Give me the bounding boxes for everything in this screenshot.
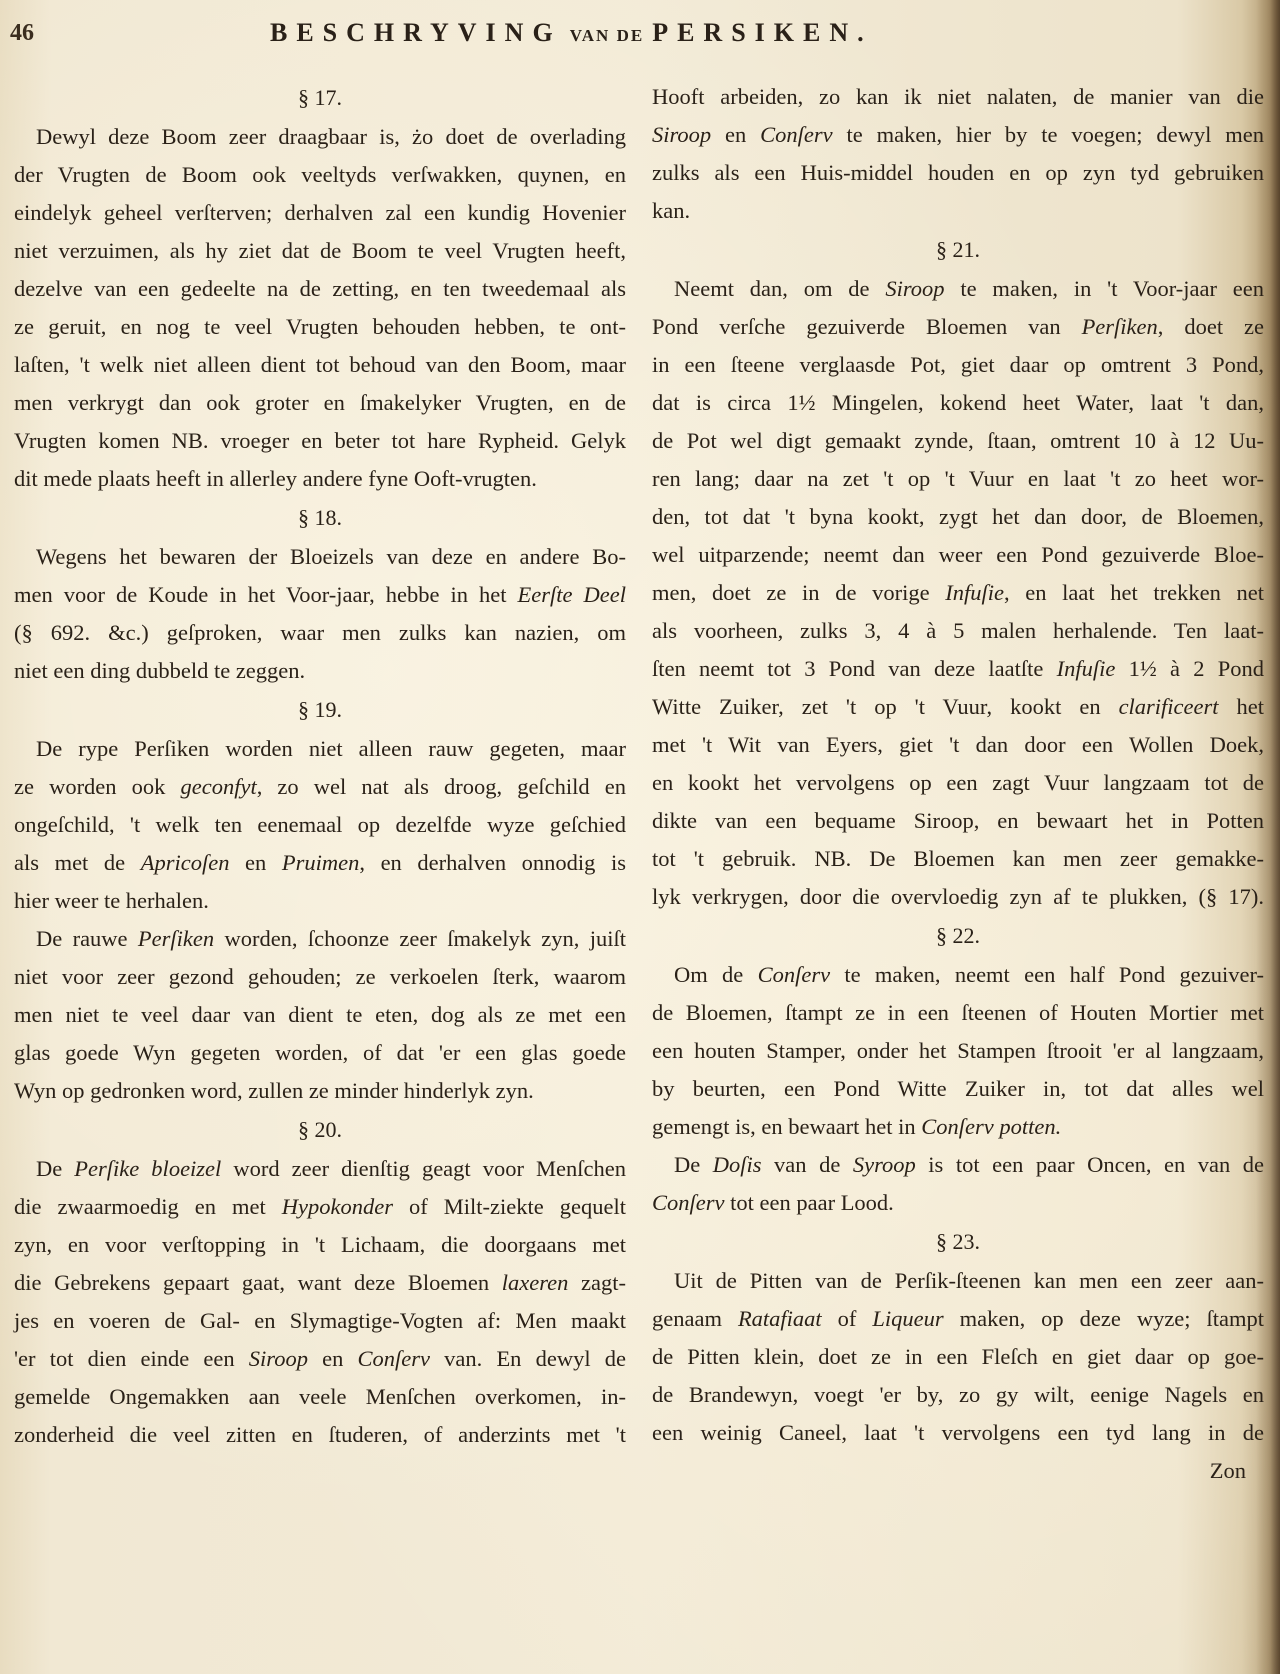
text-run: die zwaarmoedig en met (14, 1194, 282, 1219)
text-line: ze worden ook geconfyt, zo wel nat als d… (14, 768, 626, 806)
running-head: 46 BESCHRYVINGVAN DEPERSIKEN. (0, 16, 1280, 56)
text-run: te maken, in 't Voor-jaar een (945, 276, 1264, 301)
text-line: men voor de Koude in het Voor-jaar, hebb… (14, 576, 626, 614)
text-run: De (36, 1156, 74, 1181)
text-run: die Gebrekens gepaart gaat, want deze Bl… (14, 1270, 502, 1295)
italic-term: Syroop (853, 1152, 916, 1177)
italic-term: Perſike bloeizel (74, 1156, 221, 1181)
text-line: De rauwe Perſiken worden, ſchoonze zeer … (14, 920, 626, 958)
italic-term: Conſerv (758, 962, 831, 987)
text-line: De Doſis van de Syroop is tot een paar O… (652, 1146, 1264, 1184)
text-line: wel uitparzende; neemt dan weer een Pond… (652, 536, 1264, 574)
text-run: word zeer dienſtig geagt voor Menſchen (221, 1156, 626, 1181)
text-line: dikte van een bequame Siroop, en bewaart… (652, 802, 1264, 840)
text-line: Wegens het bewaren der Bloeizels van dez… (14, 538, 626, 576)
text-line: Neemt dan, om de Siroop te maken, in 't … (652, 270, 1264, 308)
text-line: ongeſchild, 't welk ten eenemaal op deze… (14, 806, 626, 844)
section-19-body: De rype Perſiken worden niet alleen rauw… (14, 730, 626, 1110)
text-line: de Bloemen, ſtampt ze in een ſteenen of … (652, 994, 1264, 1032)
text-run: worden, ſchoonze zeer ſmakelyk zyn, juiſ… (214, 926, 626, 951)
text-line: De Perſike bloeizel word zeer dienſtig g… (14, 1150, 626, 1188)
text-line: niet voor zeer gezond gehouden; ze verko… (14, 958, 626, 996)
text-line: der Vrugten de Boom ook veeltyds verſwak… (14, 156, 626, 194)
text-line: lyk verkrygen, door die overvloedig zyn … (652, 878, 1264, 916)
section-heading-19: § 19. (14, 690, 626, 730)
text-line: genaam Ratafiaat of Liqueur maken, op de… (652, 1300, 1264, 1338)
italic-term: Conſerv potten. (921, 1114, 1061, 1139)
text-line: Vrugten komen NB. vroeger en beter tot h… (14, 422, 626, 460)
section-18-body: Wegens het bewaren der Bloeizels van dez… (14, 538, 626, 690)
text-run: De (674, 1152, 713, 1177)
text-line: de Pot wel digt gemaakt zynde, ſtaan, om… (652, 422, 1264, 460)
title-part-1: BESCHRYVING (270, 18, 562, 47)
text-line: een houten Stamper, onder het Stampen ſt… (652, 1032, 1264, 1070)
text-line: als met de Apricoſen en Pruimen, en derh… (14, 844, 626, 882)
text-run: zagt- (568, 1270, 626, 1295)
text-line: men, doet ze in de vorige Infuſie, en la… (652, 574, 1264, 612)
text-run: , doet ze (1158, 314, 1264, 339)
text-line: 'er tot dien einde een Siroop en Conſerv… (14, 1340, 626, 1378)
text-run: van de (762, 1152, 853, 1177)
title-part-3: PERSIKEN. (652, 18, 872, 47)
text-run: men, doet ze in de vorige (652, 580, 945, 605)
text-run: Om de (674, 962, 758, 987)
section-20-continuation: Hooft arbeiden, zo kan ik niet nalaten, … (652, 78, 1264, 230)
italic-term: Infuſie (1057, 656, 1116, 681)
text-line: die Gebrekens gepaart gaat, want deze Bl… (14, 1264, 626, 1302)
text-line: Dewyl deze Boom zeer draagbaar is, żo do… (14, 118, 626, 156)
text-line: Pond verſche gezuiverde Bloemen van Perſ… (652, 308, 1264, 346)
text-run: te maken, hier by te voegen; dewyl men (833, 122, 1264, 147)
text-line: men verkrygt dan ook groter en ſmakelyke… (14, 384, 626, 422)
italic-term: Pruimen (282, 850, 360, 875)
italic-term: clarificeert (1119, 694, 1219, 719)
page-number: 46 (10, 20, 34, 47)
text-line: jes en voeren de Gal- en Slymagtige-Vogt… (14, 1302, 626, 1340)
text-run: of (822, 1306, 873, 1331)
text-line: de Pitten klein, doet ze in een Fleſch e… (652, 1338, 1264, 1376)
text-line: ze geruit, en nog te veel Vrugten behoud… (14, 308, 626, 346)
italic-term: Ratafiaat (738, 1306, 822, 1331)
section-20-body: De Perſike bloeizel word zeer dienſtig g… (14, 1150, 626, 1454)
catchword: Zon (652, 1452, 1264, 1490)
text-run: en (711, 122, 760, 147)
text-line: een weinig Caneel, laat 't vervolgens ee… (652, 1414, 1264, 1452)
text-line: zyn, en voor verſtopping in 't Lichaam, … (14, 1226, 626, 1264)
text-line: Witte Zuiker, zet 't op 't Vuur, kookt e… (652, 688, 1264, 726)
text-run: tot een paar Lood. (725, 1190, 894, 1215)
italic-term: Conſerv (760, 122, 833, 147)
text-line: De rype Perſiken worden niet alleen rauw… (14, 730, 626, 768)
text-line: ſten neemt tot 3 Pond van deze laatſte I… (652, 650, 1264, 688)
section-heading-20: § 20. (14, 1110, 626, 1150)
text-line: die zwaarmoedig en met Hypokonder of Mil… (14, 1188, 626, 1226)
text-line: hier weer te herhalen. (14, 882, 626, 920)
text-run: is tot een paar Oncen, en van de (916, 1152, 1264, 1177)
text-run: en (308, 1346, 358, 1371)
italic-term: Conſerv (652, 1190, 725, 1215)
italic-term: Siroop (652, 122, 711, 147)
text-run: en (229, 850, 281, 875)
text-run: ſten neemt tot 3 Pond van deze laatſte (652, 656, 1057, 681)
italic-term: geconfyt (180, 774, 256, 799)
italic-term: Liqueur (872, 1306, 943, 1331)
text-run: genaam (652, 1306, 738, 1331)
text-line: laſten, 't welk niet alleen dient tot be… (14, 346, 626, 384)
text-run: gemengt is, en bewaart het in (652, 1114, 921, 1139)
text-line: niet verzuimen, als hy ziet dat de Boom … (14, 232, 626, 270)
italic-term: Siroop (249, 1346, 308, 1371)
text-run: men voor de Koude in het Voor-jaar, hebb… (14, 582, 518, 607)
text-run: van. En dewyl de (430, 1346, 626, 1371)
text-run: , zo wel nat als droog, geſchild en (257, 774, 626, 799)
text-run: , en laat het trekken net (1004, 580, 1264, 605)
section-22-body: Om de Conſerv te maken, neemt een half P… (652, 956, 1264, 1222)
text-run: Pond verſche gezuiverde Bloemen van (652, 314, 1082, 339)
text-line: gemengt is, en bewaart het in Conſerv po… (652, 1108, 1264, 1146)
text-run: 'er tot dien einde een (14, 1346, 249, 1371)
text-line: eindelyk geheel verſterven; derhalven za… (14, 194, 626, 232)
text-line: met 't Wit van Eyers, giet 't dan door e… (652, 726, 1264, 764)
title-part-2: VAN DE (570, 26, 645, 45)
text-line: niet een ding dubbeld te zeggen. (14, 652, 626, 690)
text-line: de Brandewyn, voegt 'er by, zo gy wilt, … (652, 1376, 1264, 1414)
italic-term: Perſiken (138, 926, 214, 951)
text-line: Hooft arbeiden, zo kan ik niet nalaten, … (652, 78, 1264, 116)
text-run: of Milt-ziekte gequelt (393, 1194, 626, 1219)
text-run: te maken, neemt een half Pond gezuiver- (830, 962, 1264, 987)
text-line: Siroop en Conſerv te maken, hier by te v… (652, 116, 1264, 154)
text-line: den, tot dat 't byna kookt, zygt het dan… (652, 498, 1264, 536)
text-line: in een ſteene verglaasde Pot, giet daar … (652, 346, 1264, 384)
section-heading-21: § 21. (652, 230, 1264, 270)
text-run: als met de (14, 850, 141, 875)
text-line: gemelde Ongemakken aan veele Menſchen ov… (14, 1378, 626, 1416)
italic-term: Doſis (713, 1152, 762, 1177)
text-run: 1½ à 2 Pond (1115, 656, 1264, 681)
text-line: dit mede plaats heeft in allerley andere… (14, 460, 626, 498)
text-run: , en derhalven onnodig is (359, 850, 626, 875)
text-run: het (1219, 694, 1264, 719)
text-run: De rauwe (36, 926, 138, 951)
italic-term: Perſiken (1082, 314, 1158, 339)
text-line: en kookt het vervolgens op een zagt Vuur… (652, 764, 1264, 802)
text-run: maken, op deze wyze; ſtampt (944, 1306, 1264, 1331)
text-line: dat is circa 1½ Mingelen, kokend heet Wa… (652, 384, 1264, 422)
right-column: Hooft arbeiden, zo kan ik niet nalaten, … (652, 78, 1264, 1490)
text-line: zonderheid die veel zitten en ſtuderen, … (14, 1416, 626, 1454)
text-line: dezelve van een gedeelte na de zetting, … (14, 270, 626, 308)
text-line: ren lang; daar na zet 't op 't Vuur en l… (652, 460, 1264, 498)
text-line: Om de Conſerv te maken, neemt een half P… (652, 956, 1264, 994)
book-page: 46 BESCHRYVINGVAN DEPERSIKEN. § 17. Dewy… (0, 0, 1280, 1674)
italic-term: Eerſte Deel (518, 582, 626, 607)
text-run: Neemt dan, om de (674, 276, 885, 301)
text-line: zulks als een Huis-middel houden en op z… (652, 154, 1264, 192)
section-23-body: Uit de Pitten van de Perſik-ſteenen kan … (652, 1262, 1264, 1452)
section-heading-18: § 18. (14, 498, 626, 538)
italic-term: Infuſie (945, 580, 1004, 605)
text-run: Witte Zuiker, zet 't op 't Vuur, kookt e… (652, 694, 1119, 719)
text-line: Uit de Pitten van de Perſik-ſteenen kan … (652, 1262, 1264, 1300)
section-21-body: Neemt dan, om de Siroop te maken, in 't … (652, 270, 1264, 916)
text-line: (§ 692. &c.) geſproken, waar men zulks k… (14, 614, 626, 652)
text-line: Wyn op gedronken word, zullen ze minder … (14, 1072, 626, 1110)
italic-term: Conſerv (358, 1346, 431, 1371)
text-line: men niet te veel daar van dient te eten,… (14, 996, 626, 1034)
italic-term: Hypokonder (282, 1194, 393, 1219)
italic-term: laxeren (502, 1270, 569, 1295)
text-line: glas goede Wyn gegeten worden, of dat 'e… (14, 1034, 626, 1072)
running-head-title: BESCHRYVINGVAN DEPERSIKEN. (270, 18, 873, 48)
text-line: tot 't gebruik. NB. De Bloemen kan men z… (652, 840, 1264, 878)
italic-term: Siroop (885, 276, 944, 301)
section-heading-23: § 23. (652, 1222, 1264, 1262)
text-line: Conſerv tot een paar Lood. (652, 1184, 1264, 1222)
text-run: ze worden ook (14, 774, 180, 799)
section-heading-22: § 22. (652, 916, 1264, 956)
text-line: kan. (652, 192, 1264, 230)
italic-term: Apricoſen (141, 850, 230, 875)
section-17-body: Dewyl deze Boom zeer draagbaar is, żo do… (14, 118, 626, 498)
text-line: by beurten, een Pond Witte Zuiker in, to… (652, 1070, 1264, 1108)
section-heading-17: § 17. (14, 78, 626, 118)
text-line: als voorheen, zulks 3, 4 à 5 malen herha… (652, 612, 1264, 650)
left-column: § 17. Dewyl deze Boom zeer draagbaar is,… (14, 78, 626, 1454)
